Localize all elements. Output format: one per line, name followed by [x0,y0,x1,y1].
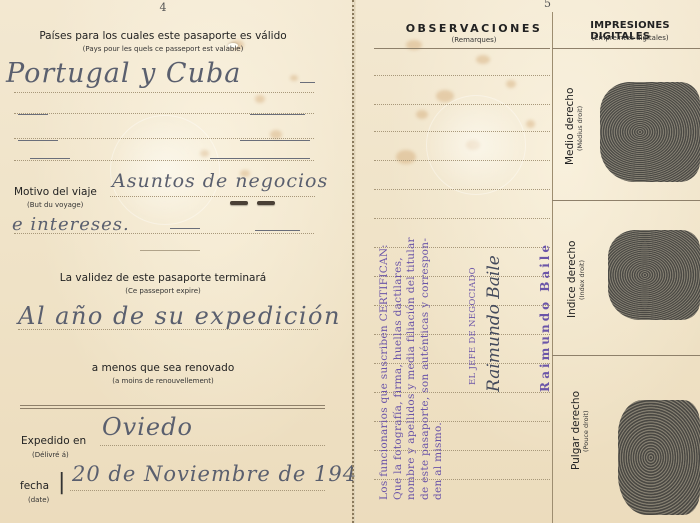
finger-sublabel: (Pouce droit) [582,391,590,470]
countries-sublabel: (Pays pour les quels ce passeport est va… [83,45,244,53]
embossed-seal [426,95,526,195]
passport-page-right: 5 OBSERVACIONES (Remarques) Los funciona… [356,0,700,523]
fingerprint-image [618,400,700,515]
purpose-value-line2: e intereses. [12,214,130,235]
fingerprint-pulgar: Pulgar derecho (Pouce droit) [570,391,590,470]
purpose-sublabel: (But du voyage) [27,201,83,209]
fingerprint-image [600,82,700,182]
fingerprint-medio: Medio derecho (Médius droit) [564,88,584,165]
issued-in-sublabel: (Délivré á) [32,451,69,459]
stamp-line: nombre y apellidos y media filiación del… [405,237,419,500]
countries-label: Países para los cuales este pasaporte es… [39,30,286,42]
staple [257,201,275,205]
page-number: 5 [544,0,551,10]
validity-value: Al año de su expedición [18,302,341,330]
stamp-line: de este pasaporte, son auténticas y corr… [419,237,433,500]
stamp-line: den al mismo. [432,237,446,500]
finger-sublabel: (Médius droit) [576,88,584,165]
official-title: EL JEFE DE NEGOCIADO [468,267,478,385]
page-number: 4 [160,1,167,14]
finger-sublabel: (Index droit) [578,241,586,318]
date-label: fecha [20,480,49,492]
certification-stamp: Los funcionarios que suscriben CERTIFICA… [378,237,446,500]
stamp-line: Los funcionarios que suscriben CERTIFICA… [378,237,392,500]
issued-in-value: Oviedo [102,413,193,441]
staple [230,201,248,205]
fingerprint-image [608,230,700,320]
observations-title: OBSERVACIONES [406,22,543,35]
purpose-label: Motivo del viaje [14,186,97,198]
finger-label: Indice derecho [566,241,578,318]
validity-label: La validez de este pasaporte terminará [60,272,266,284]
validity-suffix-label: a menos que sea renovado [92,362,235,374]
validity-sublabel: (Ce passeport expire) [125,287,201,295]
brace: | [58,470,65,495]
fingerprints-subtitle: (Empreintes digitales) [591,34,668,42]
issued-in-label: Expedido en [21,435,86,447]
countries-value: Portugal y Cuba [6,58,241,89]
official-signature: Raimundo Baile [484,255,504,392]
validity-suffix-sublabel: (a moins de renouvellement) [112,377,213,385]
purpose-value-line1: Asuntos de negocios [112,170,328,192]
finger-label: Pulgar derecho [570,391,582,470]
fingerprint-indice: Indice derecho (Index droit) [566,241,586,318]
observations-subtitle: (Remarques) [451,36,496,44]
stamp-line: Que la fotografía, firma, huellas dactil… [392,237,406,500]
passport-page-left: 4 Países para los cuales este pasaporte … [0,0,354,523]
date-sublabel: (date) [28,496,49,504]
official-name: Raimundo Baile [538,242,552,392]
date-value: 20 de Noviembre de 1944 [72,462,371,486]
finger-label: Medio derecho [564,88,576,165]
